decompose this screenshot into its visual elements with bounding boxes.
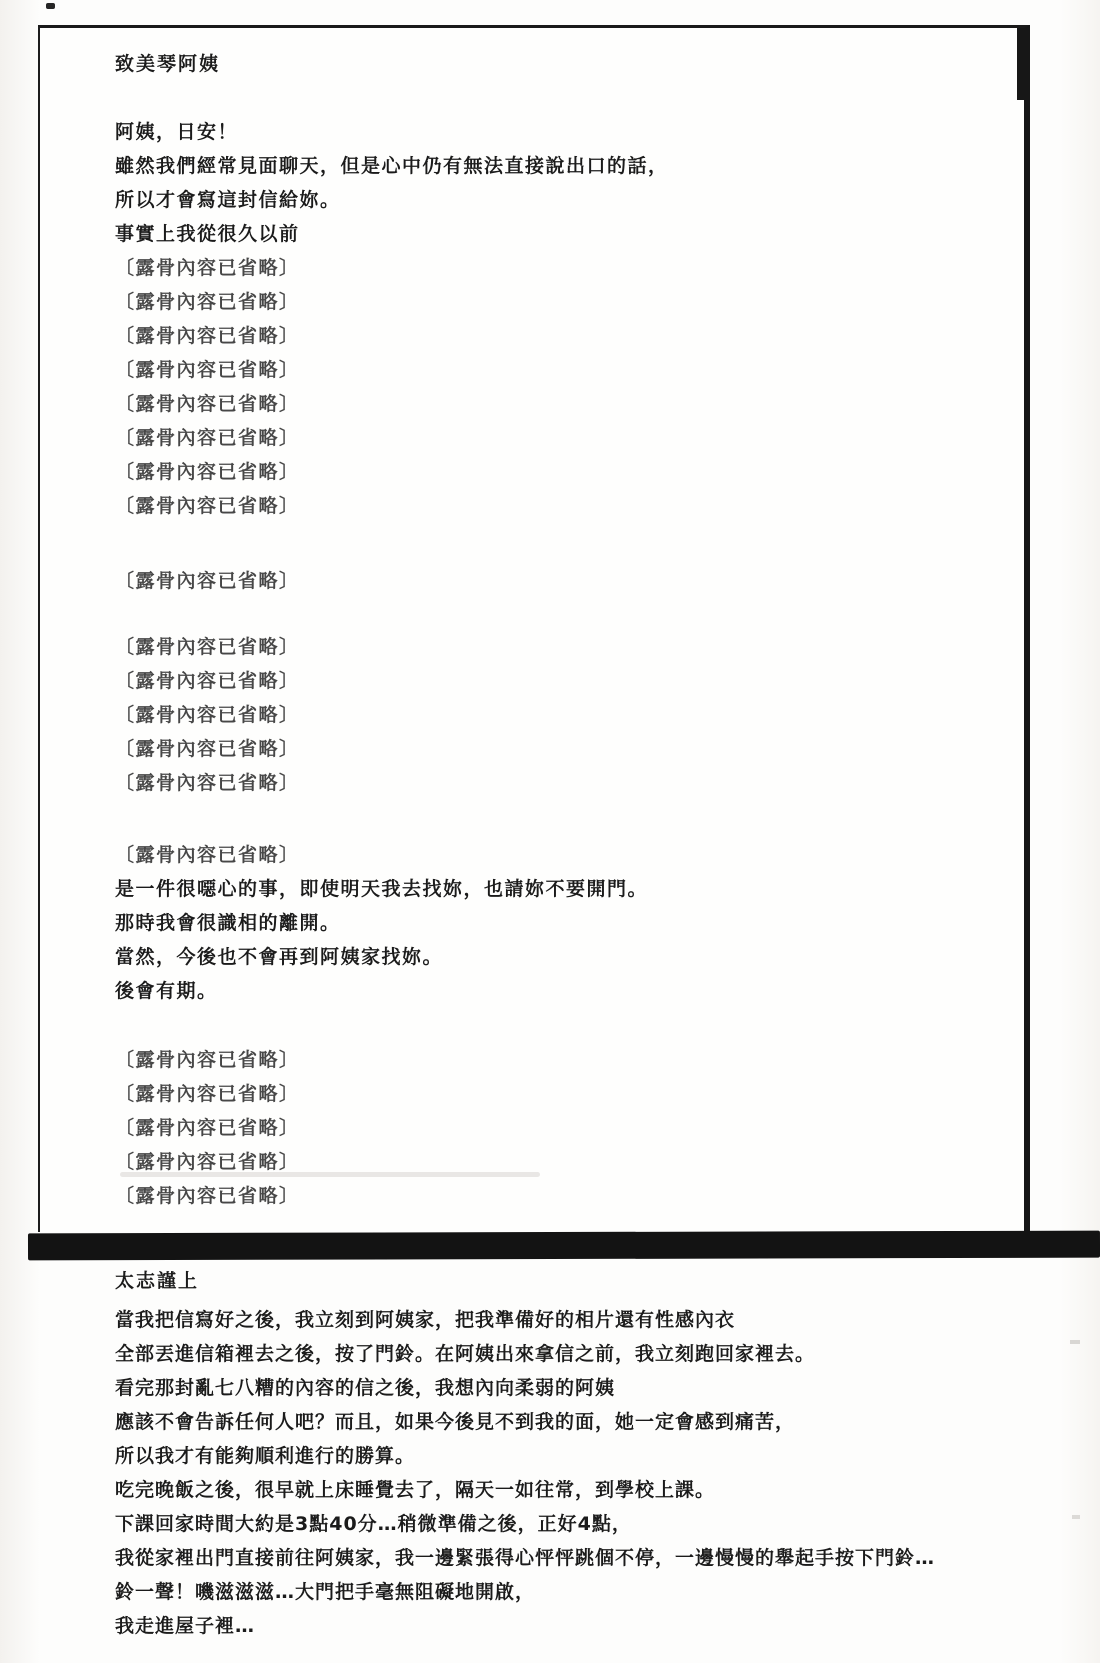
narration-line: 吃完晚飯之後，很早就上床睡覺去了，隔天一如往常，到學校上課。 bbox=[115, 1473, 1080, 1507]
narration-line: 鈴一聲！嘰滋滋滋…大門把手毫無阻礙地開啟， bbox=[115, 1575, 1080, 1609]
letter-line-redacted: 〔露骨內容已省略〕 bbox=[115, 489, 994, 523]
letter-line-redacted: 〔露骨內容已省略〕 bbox=[115, 766, 994, 800]
narration-line: 當我把信寫好之後，我立刻到阿姨家，把我準備好的相片還有性感內衣 bbox=[115, 1303, 1080, 1337]
letter-line-redacted: 〔露骨內容已省略〕 bbox=[115, 630, 994, 664]
narration-line: 全部丟進信箱裡去之後，按了門鈴。在阿姨出來拿信之前，我立刻跑回家裡去。 bbox=[115, 1337, 1080, 1371]
sheet-bottom-shadow bbox=[28, 1231, 1100, 1261]
letter-line: 是一件很噁心的事，即使明天我去找妳，也請妳不要開門。 bbox=[115, 872, 994, 906]
letter-line: 阿姨，日安！ bbox=[115, 115, 994, 149]
scanned-page: 致美琴阿姨 阿姨，日安！ 雖然我們經常見面聊天，但是心中仍有無法直接說出口的話，… bbox=[0, 0, 1100, 1663]
narration-block: 太志謹上 當我把信寫好之後，我立刻到阿姨家，把我準備好的相片還有性感內衣 全部丟… bbox=[115, 1264, 1080, 1643]
letter-line: 當然，今後也不會再到阿姨家找妳。 bbox=[115, 940, 994, 974]
letter-line-redacted: 〔露骨內容已省略〕 bbox=[115, 732, 994, 766]
letter-sheet: 致美琴阿姨 阿姨，日安！ 雖然我們經常見面聊天，但是心中仍有無法直接說出口的話，… bbox=[38, 25, 1030, 1232]
letter-line-redacted: 〔露骨內容已省略〕 bbox=[115, 353, 994, 387]
letter-line-redacted: 〔露骨內容已省略〕 bbox=[115, 564, 994, 598]
letter-line-redacted: 〔露骨內容已省略〕 bbox=[115, 387, 994, 421]
letter-line-redacted: 〔露骨內容已省略〕 bbox=[115, 251, 994, 285]
letter-line: 所以才會寫這封信給妳。 bbox=[115, 183, 994, 217]
narration-line: 所以我才有能夠順利進行的勝算。 bbox=[115, 1439, 1080, 1473]
letter-line-redacted: 〔露骨內容已省略〕 bbox=[115, 421, 994, 455]
letter-line: 後會有期。 bbox=[115, 974, 994, 1008]
letter-line-redacted: 〔露骨內容已省略〕 bbox=[115, 285, 994, 319]
narration-line: 我走進屋子裡… bbox=[115, 1609, 1080, 1643]
letter-body: 阿姨，日安！ 雖然我們經常見面聊天，但是心中仍有無法直接說出口的話， 所以才會寫… bbox=[115, 115, 994, 1213]
letter-line: 事實上我從很久以前 bbox=[115, 217, 994, 251]
letter-line-redacted: 〔露骨內容已省略〕 bbox=[115, 455, 994, 489]
letter-line-redacted: 〔露骨內容已省略〕 bbox=[115, 664, 994, 698]
letter-line: 那時我會很識相的離開。 bbox=[115, 906, 994, 940]
letter-line-redacted: 〔露骨內容已省略〕 bbox=[115, 1077, 994, 1111]
scan-mark bbox=[1070, 1340, 1080, 1344]
letter-line-redacted: 〔露骨內容已省略〕 bbox=[115, 1111, 994, 1145]
letter-line: 雖然我們經常見面聊天，但是心中仍有無法直接說出口的話， bbox=[115, 149, 994, 183]
letter-signature: 太志謹上 bbox=[115, 1264, 1080, 1298]
letter-line-redacted: 〔露骨內容已省略〕 bbox=[115, 1043, 994, 1077]
narration-line: 應該不會告訴任何人吧？而且，如果今後見不到我的面，她一定會感到痛苦， bbox=[115, 1405, 1080, 1439]
letter-title: 致美琴阿姨 bbox=[115, 47, 994, 81]
letter-line-redacted: 〔露骨內容已省略〕 bbox=[115, 319, 994, 353]
scan-smudge bbox=[120, 1172, 540, 1177]
letter-line-redacted: 〔露骨內容已省略〕 bbox=[115, 838, 994, 872]
scan-speck bbox=[46, 3, 55, 9]
narration-line: 下課回家時間大約是3點40分…稍微準備之後，正好4點， bbox=[115, 1507, 1080, 1541]
letter-line-redacted: 〔露骨內容已省略〕 bbox=[115, 1179, 994, 1213]
scan-mark bbox=[1072, 1515, 1080, 1519]
narration-line: 看完那封亂七八糟的內容的信之後，我想內向柔弱的阿姨 bbox=[115, 1371, 1080, 1405]
narration-line: 我從家裡出門直接前往阿姨家，我一邊緊張得心怦怦跳個不停，一邊慢慢的舉起手按下門鈴… bbox=[115, 1541, 1080, 1575]
letter-line-redacted: 〔露骨內容已省略〕 bbox=[115, 698, 994, 732]
scan-edge-blob bbox=[1017, 28, 1030, 100]
